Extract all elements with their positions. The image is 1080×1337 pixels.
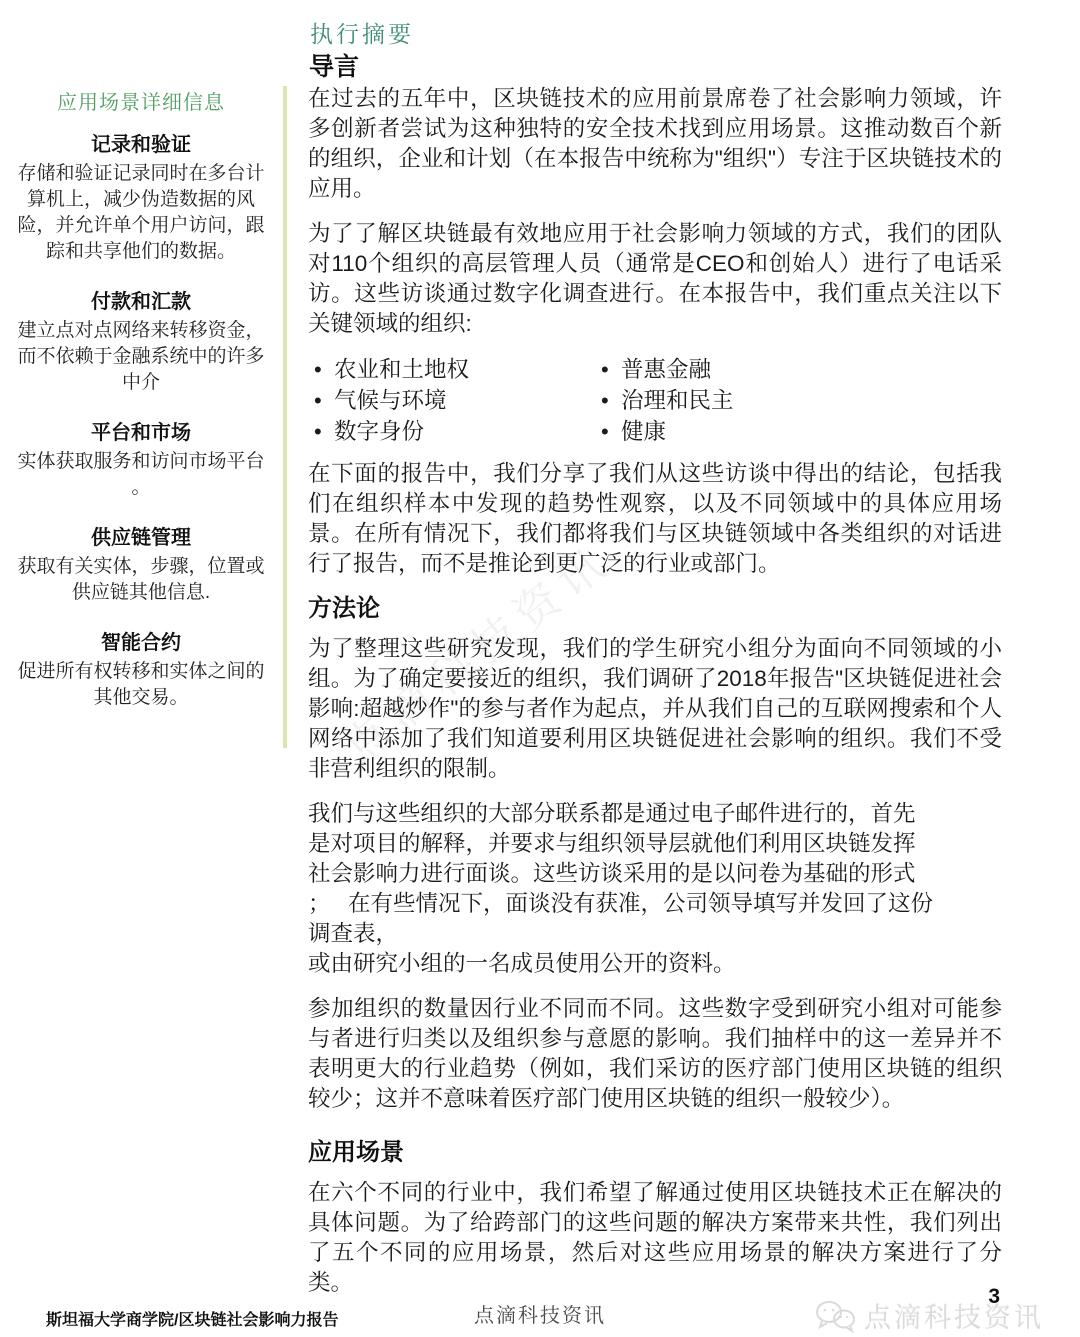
paragraph-interviews: 为了了解区块链最有效地应用于社会影响力领域的方式，我们的团队对110个组织的高层… <box>308 219 1002 339</box>
key-sectors-list: 农业和土地权 气候与环境 数字身份 普惠金融 治理和民主 健康 <box>308 354 1002 447</box>
vertical-rule <box>283 86 287 748</box>
wechat-logo-icon <box>814 1299 858 1333</box>
intro-heading: 导言 <box>309 47 359 83</box>
sidebar-item-heading: 供应链管理 <box>12 525 270 551</box>
sector-governance-democracy: 治理和民主 <box>595 385 1002 416</box>
sidebar-item-supply-chain: 供应链管理 获取有关实体，步骤，位置或供应链其他信息. <box>12 525 270 606</box>
usecase-sidebar: 应用场景详细信息 记录和验证 存储和验证记录同时在多台计算机上，减少伪造数据的风… <box>12 90 270 735</box>
paragraph-usecases-intro: 在六个不同的行业中，我们希望了解通过使用区块链技术正在解决的具体问题。为了给跨部… <box>308 1178 1002 1298</box>
paragraph-methodology: 为了整理这些研究发现，我们的学生研究小组分为面向不同领域的小组。为了确定要接近的… <box>308 634 1002 784</box>
sidebar-item-body: 存储和验证记录同时在多台计算机上，减少伪造数据的风险，并允许单个用户访问，跟踪和… <box>12 161 270 265</box>
brand-watermark: 点滴科技资讯 <box>814 1296 1044 1335</box>
sector-financial-inclusion: 普惠金融 <box>595 354 1002 385</box>
sector-agriculture-land-rights: 农业和土地权 <box>308 354 595 385</box>
methodology-heading: 方法论 <box>308 594 1002 624</box>
sector-health: 健康 <box>595 416 1002 447</box>
paragraph-overview: 在过去的五年中，区块链技术的应用前景席卷了社会影响力领域，许多创新者尝试为这种独… <box>308 84 1002 204</box>
sidebar-item-body: 促进所有权转移和实体之间的其他交易。 <box>12 659 270 711</box>
main-content: 在过去的五年中，区块链技术的应用前景席卷了社会影响力领域，许多创新者尝试为这种独… <box>308 84 1002 1313</box>
executive-summary-kicker: 执行摘要 <box>310 16 414 49</box>
sidebar-item-smart-contracts: 智能合约 促进所有权转移和实体之间的其他交易。 <box>12 630 270 711</box>
sector-digital-identity: 数字身份 <box>308 416 595 447</box>
sidebar-item-heading: 付款和汇款 <box>12 289 270 315</box>
sidebar-item-heading: 平台和市场 <box>12 420 270 446</box>
paragraph-sample-variance: 参加组织的数量因行业不同而不同。这些数字受到研究小组对可能参与者进行归类以及组织… <box>308 994 1002 1114</box>
paragraph-contact-process: 我们与这些组织的大部分联系都是通过电子邮件进行的，首先 是对项目的解释，并要求与… <box>308 799 1002 979</box>
sector-climate-environment: 气候与环境 <box>308 385 595 416</box>
paragraph-findings: 在下面的报告中，我们分享了我们从这些访谈中得出的结论，包括我们在组织样本中发现的… <box>308 459 1002 579</box>
usecases-heading: 应用场景 <box>308 1138 1002 1168</box>
sidebar-item-payments-remittance: 付款和汇款 建立点对点网络来转移资金，而不依赖于金融系统中的许多中介 <box>12 289 270 396</box>
sidebar-title: 应用场景详细信息 <box>12 90 270 116</box>
sidebar-item-platforms-marketplaces: 平台和市场 实体获取服务和访问市场平台 。 <box>12 420 270 501</box>
key-sectors-left-column: 农业和土地权 气候与环境 数字身份 <box>308 354 595 447</box>
sidebar-item-heading: 记录和验证 <box>12 132 270 158</box>
key-sectors-right-column: 普惠金融 治理和民主 健康 <box>595 354 1002 447</box>
brand-watermark-text: 点滴科技资讯 <box>864 1296 1044 1335</box>
sidebar-item-body: 获取有关实体，步骤，位置或供应链其他信息. <box>12 554 270 606</box>
sidebar-item-heading: 智能合约 <box>12 630 270 656</box>
sidebar-item-records-verification: 记录和验证 存储和验证记录同时在多台计算机上，减少伪造数据的风险，并允许单个用户… <box>12 132 270 265</box>
sidebar-item-body: 实体获取服务和访问市场平台 。 <box>12 449 270 501</box>
sidebar-item-body: 建立点对点网络来转移资金，而不依赖于金融系统中的许多中介 <box>12 318 270 396</box>
